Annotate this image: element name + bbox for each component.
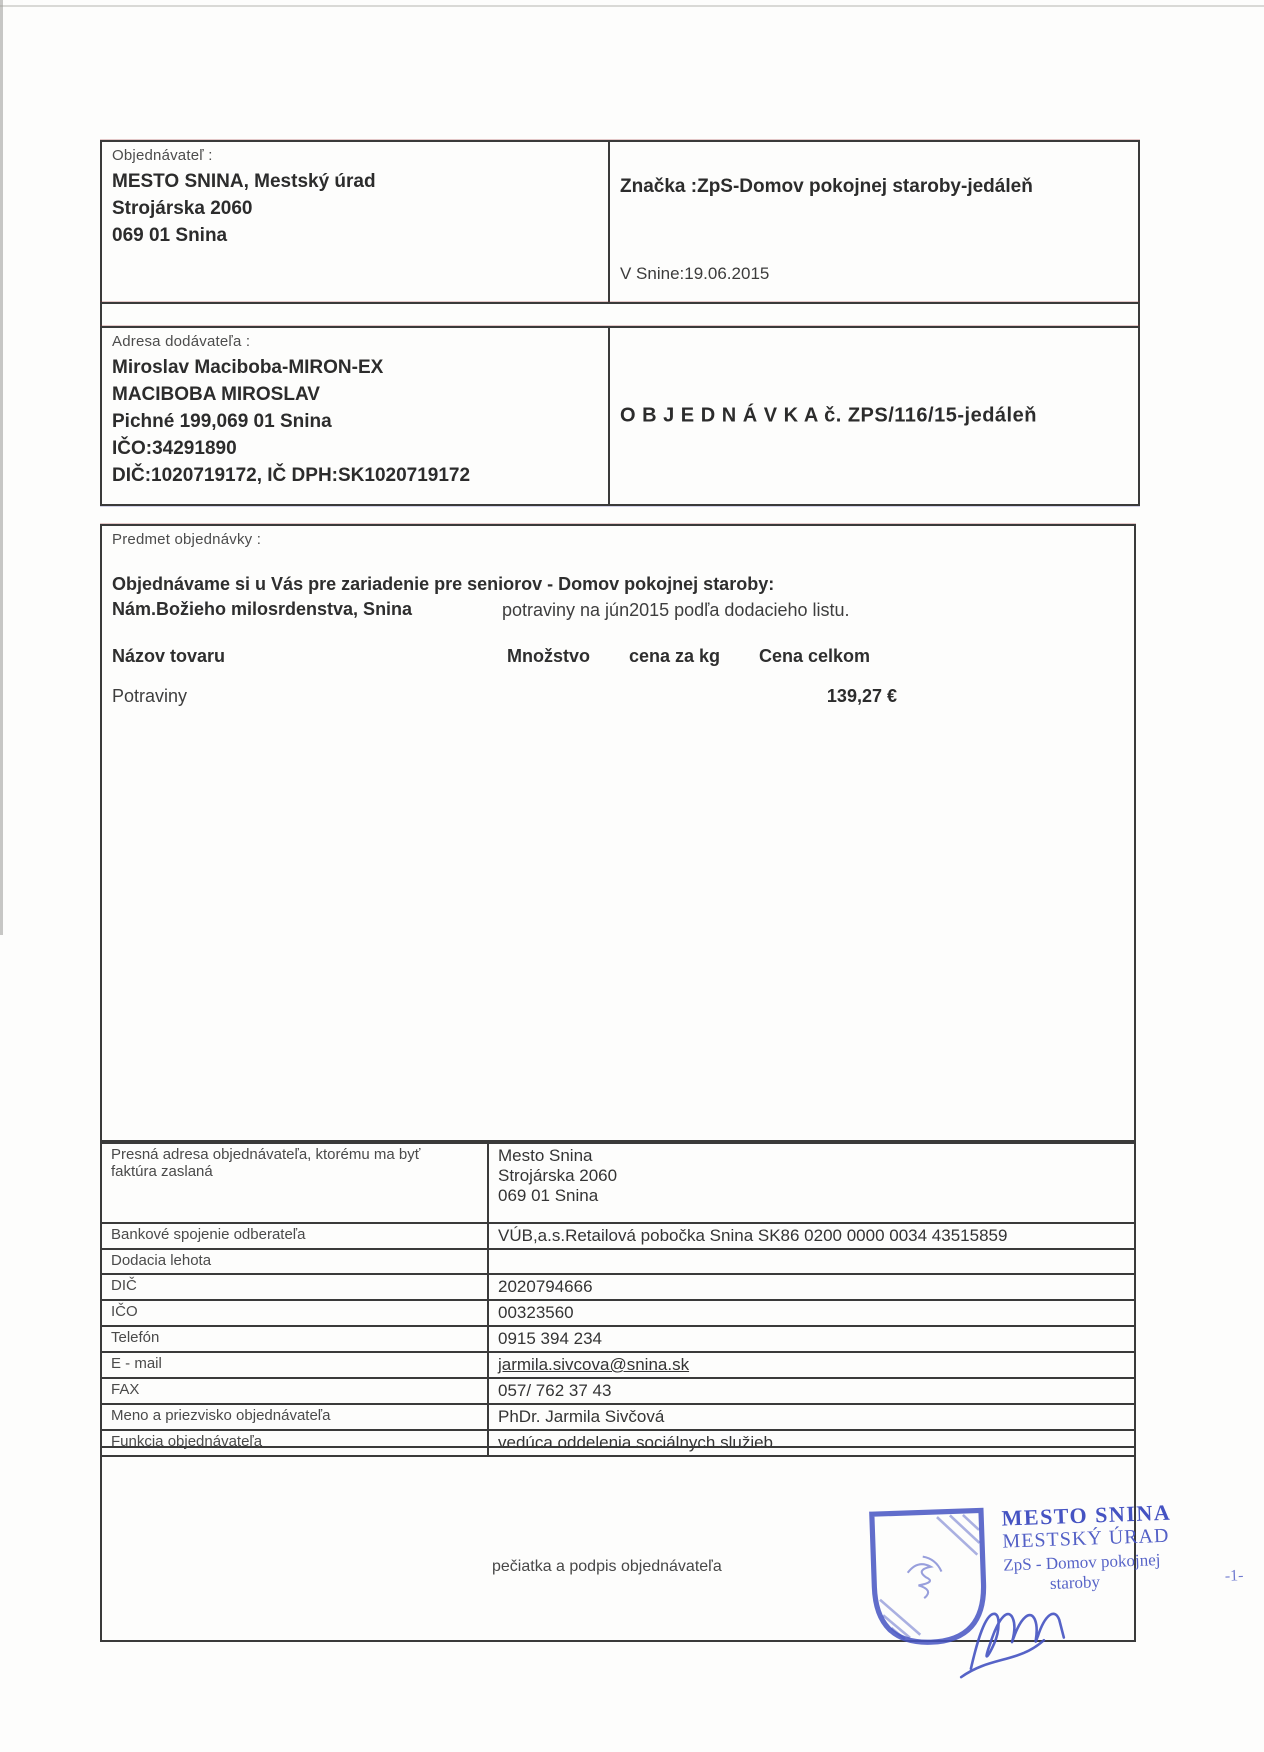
goods-name-header: Názov tovaru xyxy=(112,646,225,667)
unit-price-header: cena za kg xyxy=(629,646,720,667)
row-label: FAX xyxy=(101,1378,488,1404)
subject-box: Predmet objednávky : Objednávame si u Vá… xyxy=(100,524,1136,1142)
subject-intro-line: Objednávame si u Vás pre zariadenie pre … xyxy=(112,574,1124,595)
subject-cell: Predmet objednávky : Objednávame si u Vá… xyxy=(102,526,1134,1140)
orderer-address: MESTO SNINA, Mestský úrad Strojárska 206… xyxy=(112,168,598,249)
table-row: Bankové spojenie odberateľaVÚB,a.s.Retai… xyxy=(101,1223,1135,1249)
row-value xyxy=(488,1249,1135,1274)
row-label: Dodacia lehota xyxy=(101,1249,488,1274)
row-value: 0915 394 234 xyxy=(488,1326,1135,1352)
supplier-box: Adresa dodávateľa : Miroslav Maciboba-MI… xyxy=(100,326,1140,506)
row-label: Telefón xyxy=(101,1326,488,1352)
page-number: -1- xyxy=(1225,1567,1244,1586)
subject-note: potraviny na jún2015 podľa dodacieho lis… xyxy=(502,600,850,621)
orderer-cell: Objednávateľ : MESTO SNINA, Mestský úrad… xyxy=(102,142,610,302)
subject-location: Nám.Božieho milosrdenstva, Snina xyxy=(112,599,412,619)
table-row: E - mailjarmila.sivcova@snina.sk xyxy=(101,1352,1135,1378)
table-row: Dodacia lehota xyxy=(101,1249,1135,1274)
document-page: Objednávateľ : MESTO SNINA, Mestský úrad… xyxy=(0,0,1264,1752)
details-table-body: Presná adresa objednávateľa, ktorému ma … xyxy=(101,1143,1135,1456)
table-row: DIČ2020794666 xyxy=(101,1274,1135,1300)
official-stamp: MESTO SNINA MESTSKÝ ÚRAD ZpS - Domov pok… xyxy=(861,1494,1237,1677)
subject-intro-line2: Nám.Božieho milosrdenstva, Snina potravi… xyxy=(112,599,1124,620)
row-label: Meno a priezvisko objednávateľa xyxy=(101,1404,488,1430)
row-value: 2020794666 xyxy=(488,1274,1135,1300)
orderer-box: Objednávateľ : MESTO SNINA, Mestský úrad… xyxy=(100,140,1140,304)
goods-total-price: 139,27 € xyxy=(702,686,897,707)
table-row: FAX057/ 762 37 43 xyxy=(101,1378,1135,1404)
row-label: IČO xyxy=(101,1300,488,1326)
details-table: Presná adresa objednávateľa, ktorému ma … xyxy=(100,1142,1136,1457)
row-label: E - mail xyxy=(101,1352,488,1378)
spacer-band xyxy=(100,302,1140,328)
order-number-cell: O B J E D N Á V K A č. ZPS/116/15-jedále… xyxy=(610,328,1138,504)
order-number-title: O B J E D N Á V K A č. ZPS/116/15-jedále… xyxy=(620,405,1037,428)
table-row: Meno a priezvisko objednávateľaPhDr. Jar… xyxy=(101,1404,1135,1430)
goods-row: Potraviny 139,27 € xyxy=(112,686,1124,710)
scan-artifact-top-line xyxy=(0,5,1264,7)
row-value: jarmila.sivcova@snina.sk xyxy=(488,1352,1135,1378)
supplier-cell: Adresa dodávateľa : Miroslav Maciboba-MI… xyxy=(102,328,610,504)
row-value: 00323560 xyxy=(488,1300,1135,1326)
signature-box: pečiatka a podpis objednávateľa MESTO SN… xyxy=(100,1446,1136,1642)
subject-label: Predmet objednávky : xyxy=(112,531,1124,548)
table-row: Telefón0915 394 234 xyxy=(101,1326,1135,1352)
scan-artifact-left-line xyxy=(0,0,3,935)
reference-cell: Značka :ZpS-Domov pokojnej staroby-jedál… xyxy=(610,142,1138,302)
supplier-label: Adresa dodávateľa : xyxy=(112,333,598,350)
row-label: DIČ xyxy=(101,1274,488,1300)
quantity-header: Množstvo xyxy=(507,646,590,667)
row-value: Mesto Snina Strojárska 2060 069 01 Snina xyxy=(488,1143,1135,1223)
row-value: VÚB,a.s.Retailová pobočka Snina SK86 020… xyxy=(488,1223,1135,1249)
reference-label: Značka :ZpS-Domov pokojnej staroby-jedál… xyxy=(620,176,1128,198)
goods-column-headers: Názov tovaru Množstvo cena za kg Cena ce… xyxy=(112,646,1124,670)
orderer-label: Objednávateľ : xyxy=(112,147,598,164)
order-place-date: V Snine:19.06.2015 xyxy=(620,264,769,284)
row-value: 057/ 762 37 43 xyxy=(488,1378,1135,1404)
supplier-address: Miroslav Maciboba-MIRON-EX MACIBOBA MIRO… xyxy=(112,354,598,489)
table-row: Presná adresa objednávateľa, ktorému ma … xyxy=(101,1143,1135,1223)
table-row: IČO00323560 xyxy=(101,1300,1135,1326)
row-label: Bankové spojenie odberateľa xyxy=(101,1223,488,1249)
stamp-caption: pečiatka a podpis objednávateľa xyxy=(492,1558,722,1576)
row-label: Presná adresa objednávateľa, ktorému ma … xyxy=(101,1143,488,1223)
row-value: PhDr. Jarmila Sivčová xyxy=(488,1404,1135,1430)
signature xyxy=(954,1576,1117,1682)
goods-name: Potraviny xyxy=(112,686,187,707)
total-price-header: Cena celkom xyxy=(759,646,870,667)
